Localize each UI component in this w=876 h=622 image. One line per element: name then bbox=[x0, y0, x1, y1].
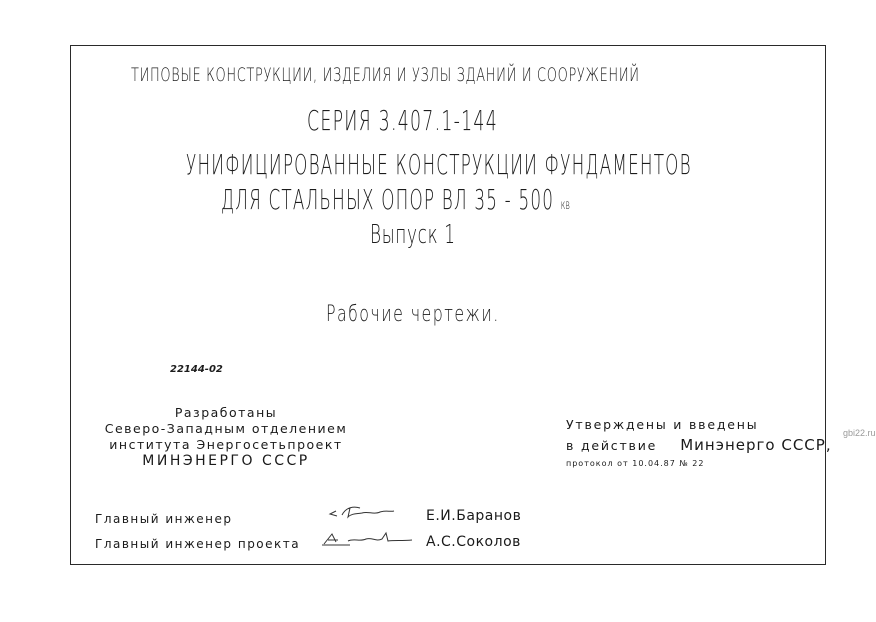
developer-line-4: МИНЭНЕРГО СССР bbox=[96, 453, 356, 469]
developer-line-2: Северо-Западным отделением bbox=[96, 421, 356, 437]
watermark: gbi22.ru bbox=[843, 428, 876, 438]
document-code: 22144-02 bbox=[170, 364, 223, 375]
signature-1-icon bbox=[328, 503, 400, 521]
approval-block: Утверждены и введены в действие Минэнерг… bbox=[566, 415, 832, 472]
approval-line-2-prefix: в действие bbox=[566, 438, 657, 453]
header-line: ТИПОВЫЕ КОНСТРУКЦИИ, ИЗДЕЛИЯ И УЗЛЫ ЗДАН… bbox=[131, 64, 640, 86]
issue-number: Выпуск 1 bbox=[370, 220, 456, 250]
approval-protocol: протокол от 10.04.87 № 22 bbox=[566, 456, 832, 472]
developer-block: Разработаны Северо-Западным отделением и… bbox=[96, 405, 356, 469]
approval-line-2: в действие Минэнерго СССР, bbox=[566, 435, 832, 456]
signature-name-2: А.С.Соколов bbox=[426, 534, 521, 550]
signature-role-2: Главный инженер проекта bbox=[95, 537, 300, 551]
title-line-2: ДЛЯ СТАЛЬНЫХ ОПОР ВЛ 35 - 500 кв bbox=[221, 183, 570, 216]
developer-line-3: института Энергосетьпроект bbox=[96, 437, 356, 453]
developer-line-1: Разработаны bbox=[96, 405, 356, 421]
signature-2-icon bbox=[320, 530, 415, 548]
approval-organization: Минэнерго СССР, bbox=[680, 436, 831, 454]
voltage-unit: кв bbox=[561, 198, 570, 213]
signature-name-1: Е.И.Баранов bbox=[426, 508, 521, 524]
title-line-1: УНИФИЦИРОВАННЫЕ КОНСТРУКЦИИ ФУНДАМЕНТОВ bbox=[186, 148, 692, 181]
series-number: СЕРИЯ 3.407.1-144 bbox=[307, 104, 498, 137]
approval-line-1: Утверждены и введены bbox=[566, 415, 832, 435]
signature-role-1: Главный инженер bbox=[95, 512, 233, 526]
document-subtitle: Рабочие чертежи. bbox=[326, 302, 500, 327]
title-line-2-text: ДЛЯ СТАЛЬНЫХ ОПОР ВЛ 35 - 500 bbox=[221, 183, 554, 216]
